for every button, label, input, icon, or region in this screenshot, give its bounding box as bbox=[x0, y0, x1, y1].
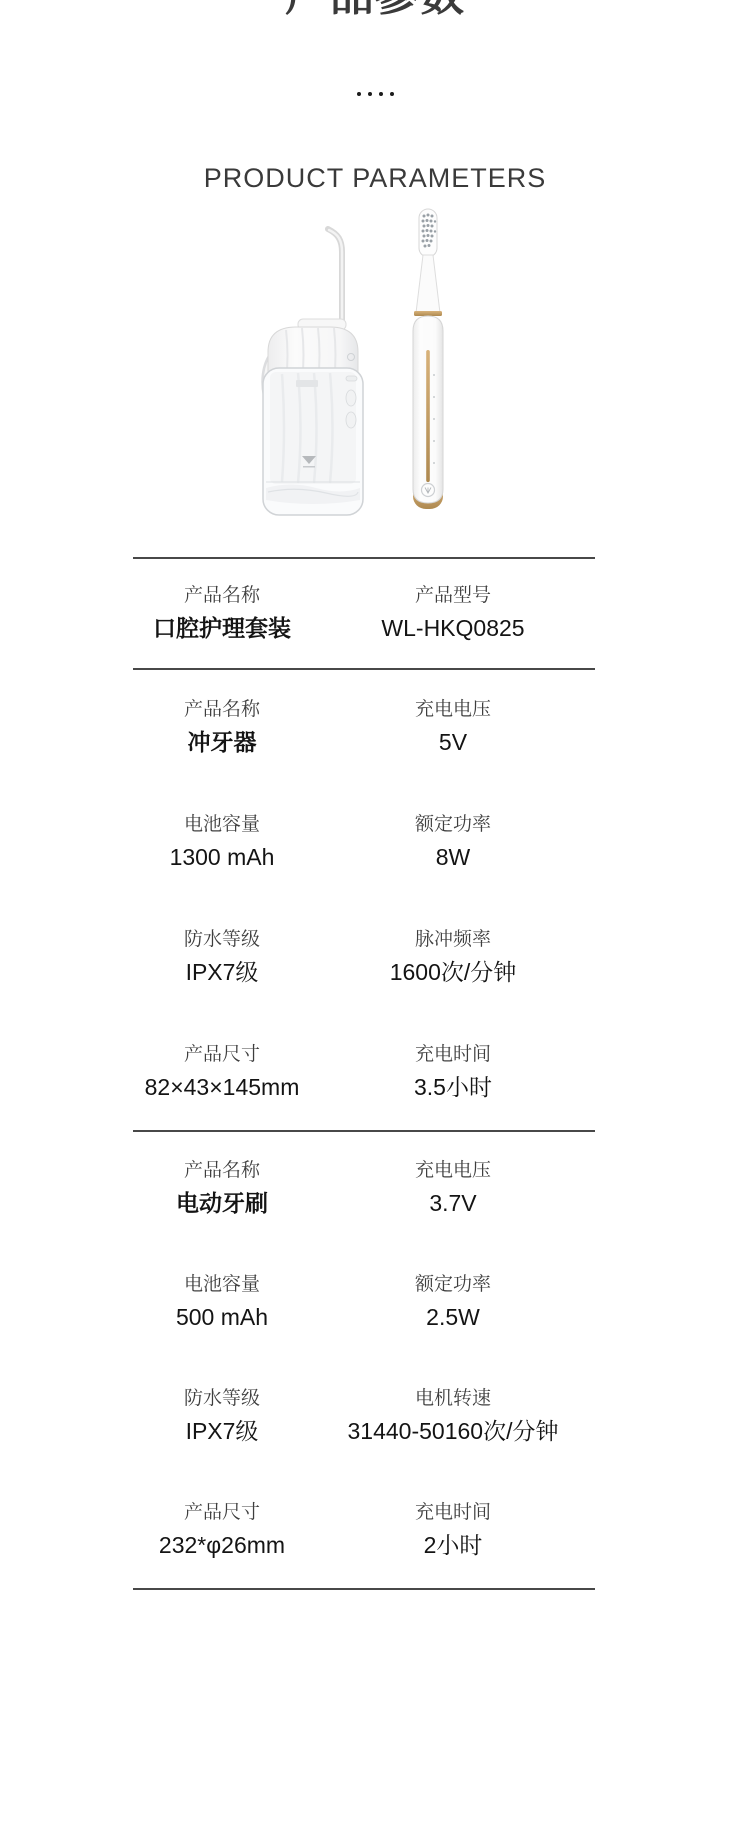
spec-cell: 额定功率 8W bbox=[311, 785, 595, 900]
spec-row: 防水等级 IPX7级 脉冲频率 1600次/分钟 bbox=[133, 900, 595, 1015]
spec-cell: 额定功率 2.5W bbox=[311, 1246, 595, 1360]
spec-value: IPX7级 bbox=[186, 960, 259, 985]
spec-label: 额定功率 bbox=[415, 1275, 491, 1296]
spec-cell: 产品名称 冲牙器 bbox=[133, 670, 311, 785]
spec-cell: 产品尺寸 232*φ26mm bbox=[133, 1474, 311, 1588]
dot-icon bbox=[390, 92, 394, 96]
spec-value: 232*φ26mm bbox=[159, 1533, 285, 1558]
product-illustration bbox=[256, 200, 456, 520]
spec-label: 产品尺寸 bbox=[184, 1503, 260, 1524]
spec-value: 1300 mAh bbox=[170, 845, 275, 870]
product-parameters-page: 产品参数 PRODUCT PARAMETERS bbox=[0, 0, 750, 1845]
spec-label: 额定功率 bbox=[415, 815, 491, 836]
spec-value: 2小时 bbox=[424, 1533, 483, 1558]
spec-value: 冲牙器 bbox=[188, 730, 257, 755]
spec-cell: 充电时间 3.5小时 bbox=[311, 1015, 595, 1130]
spec-cell: 电池容量 500 mAh bbox=[133, 1246, 311, 1360]
dot-icon bbox=[368, 92, 372, 96]
spec-row: 产品名称 口腔护理套装 产品型号 WL-HKQ0825 bbox=[133, 559, 595, 668]
spec-label: 充电电压 bbox=[415, 700, 491, 721]
spec-value: 电动牙刷 bbox=[176, 1191, 268, 1216]
spec-cell: 充电电压 3.7V bbox=[311, 1132, 595, 1246]
spec-row: 产品名称 电动牙刷 充电电压 3.7V bbox=[133, 1132, 595, 1246]
spec-label: 产品尺寸 bbox=[184, 1045, 260, 1066]
spec-value: 口腔护理套装 bbox=[153, 616, 291, 641]
spec-label: 充电时间 bbox=[415, 1503, 491, 1524]
spec-value: 3.5小时 bbox=[414, 1075, 492, 1100]
electric-toothbrush-illustration bbox=[413, 209, 443, 509]
spec-label: 电机转速 bbox=[415, 1389, 491, 1410]
spec-table: 产品名称 口腔护理套装 产品型号 WL-HKQ0825 产品名称 冲牙器 充电电… bbox=[133, 557, 595, 1590]
spec-cell: 电池容量 1300 mAh bbox=[133, 785, 311, 900]
spec-cell: 产品名称 电动牙刷 bbox=[133, 1132, 311, 1246]
spec-row: 产品名称 冲牙器 充电电压 5V bbox=[133, 670, 595, 785]
spec-cell: 脉冲频率 1600次/分钟 bbox=[311, 900, 595, 1015]
spec-row: 电池容量 1300 mAh 额定功率 8W bbox=[133, 785, 595, 900]
spec-cell: 充电电压 5V bbox=[311, 670, 595, 785]
spec-value: 1600次/分钟 bbox=[390, 960, 517, 985]
spec-value: WL-HKQ0825 bbox=[381, 616, 524, 641]
product-image bbox=[256, 200, 456, 520]
spec-label: 脉冲频率 bbox=[415, 930, 491, 951]
dot-icon bbox=[357, 92, 361, 96]
spec-value: 82×43×145mm bbox=[145, 1075, 300, 1100]
spec-label: 产品名称 bbox=[184, 586, 260, 607]
spec-value: 8W bbox=[436, 845, 471, 870]
page-title: 产品参数 bbox=[0, 0, 750, 18]
spec-label: 防水等级 bbox=[184, 1389, 260, 1410]
spec-value: IPX7级 bbox=[186, 1419, 259, 1444]
decorative-dots bbox=[0, 92, 750, 96]
spec-label: 充电电压 bbox=[415, 1161, 491, 1182]
spec-label: 电池容量 bbox=[184, 815, 260, 836]
water-flosser-illustration bbox=[263, 229, 363, 515]
spec-label: 充电时间 bbox=[415, 1045, 491, 1066]
section-divider bbox=[133, 1588, 595, 1590]
spec-value: 5V bbox=[439, 730, 467, 755]
spec-label: 防水等级 bbox=[184, 930, 260, 951]
spec-label: 产品名称 bbox=[184, 1161, 260, 1182]
spec-cell: 防水等级 IPX7级 bbox=[133, 900, 311, 1015]
spec-row: 电池容量 500 mAh 额定功率 2.5W bbox=[133, 1246, 595, 1360]
spec-cell: 产品名称 口腔护理套装 bbox=[133, 559, 311, 668]
dot-icon bbox=[379, 92, 383, 96]
spec-value: 2.5W bbox=[426, 1305, 480, 1330]
spec-value: 500 mAh bbox=[176, 1305, 268, 1330]
spec-row: 防水等级 IPX7级 电机转速 31440-50160次/分钟 bbox=[133, 1360, 595, 1474]
spec-row: 产品尺寸 232*φ26mm 充电时间 2小时 bbox=[133, 1474, 595, 1588]
spec-row: 产品尺寸 82×43×145mm 充电时间 3.5小时 bbox=[133, 1015, 595, 1130]
spec-cell: 防水等级 IPX7级 bbox=[133, 1360, 311, 1474]
spec-cell: 产品尺寸 82×43×145mm bbox=[133, 1015, 311, 1130]
spec-value: 31440-50160次/分钟 bbox=[348, 1419, 559, 1444]
page-subtitle: PRODUCT PARAMETERS bbox=[0, 163, 750, 194]
spec-cell: 电机转速 31440-50160次/分钟 bbox=[311, 1360, 595, 1474]
spec-value: 3.7V bbox=[429, 1191, 476, 1216]
spec-label: 电池容量 bbox=[184, 1275, 260, 1296]
spec-cell: 充电时间 2小时 bbox=[311, 1474, 595, 1588]
spec-label: 产品名称 bbox=[184, 700, 260, 721]
spec-label: 产品型号 bbox=[415, 586, 491, 607]
spec-cell: 产品型号 WL-HKQ0825 bbox=[311, 559, 595, 668]
